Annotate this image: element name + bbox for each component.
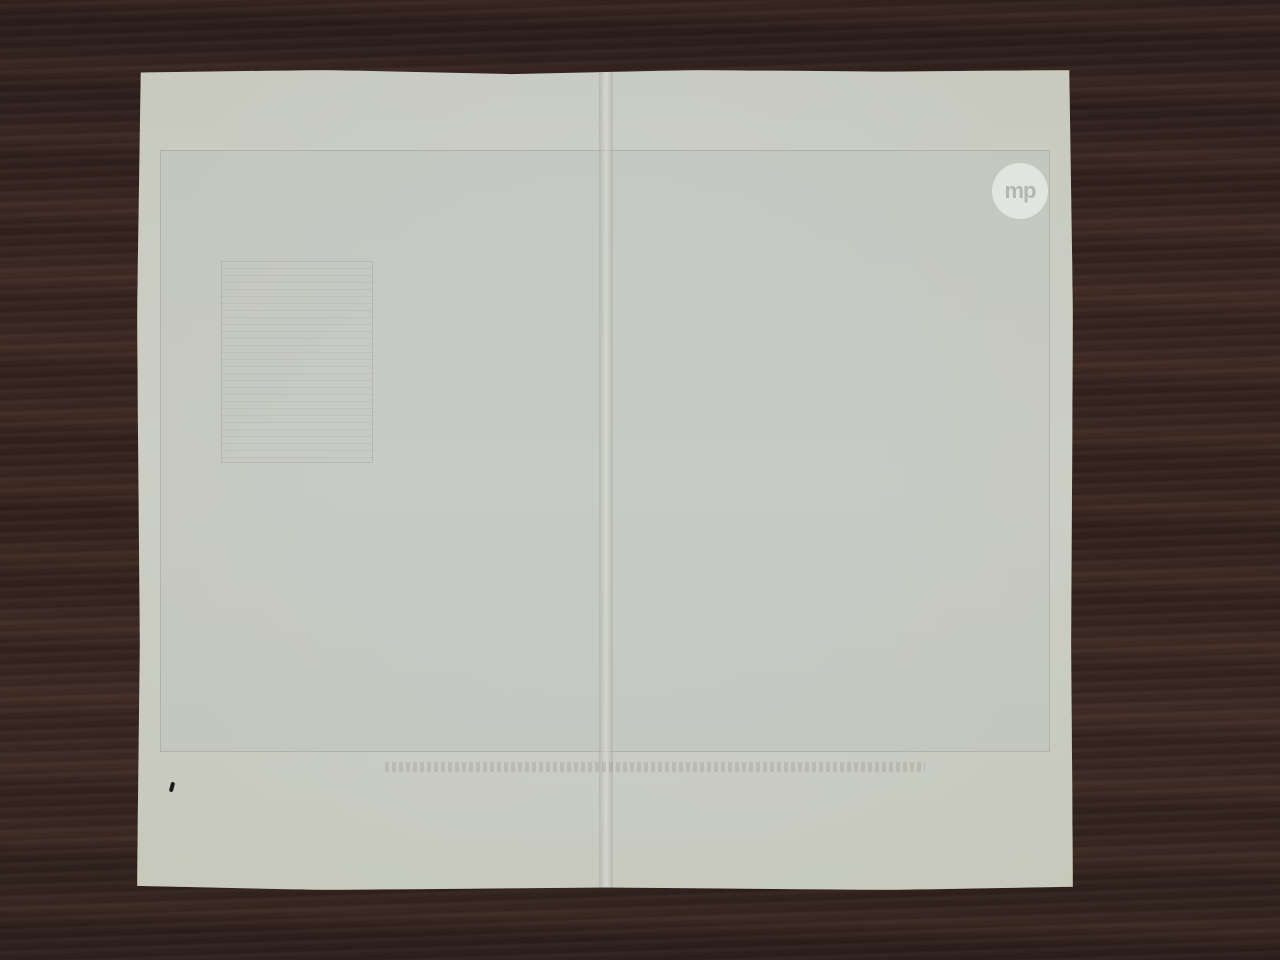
title-bleed-through <box>385 762 925 772</box>
watermark-logo: mp <box>992 163 1048 219</box>
map-sheet-verso <box>137 70 1073 890</box>
cartouche-bleed-through <box>221 261 373 463</box>
ink-spot <box>169 782 175 793</box>
watermark-text: mp <box>1005 178 1036 204</box>
